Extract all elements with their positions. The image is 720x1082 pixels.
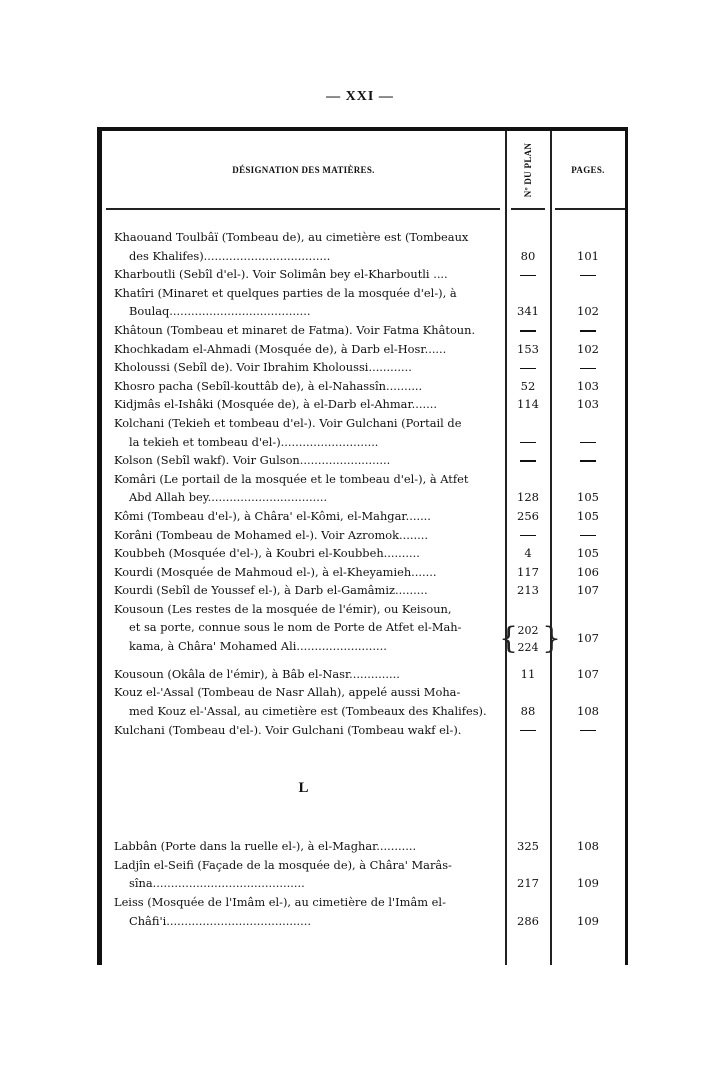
page-number-cell: 107 bbox=[551, 581, 625, 600]
page-number-cell bbox=[551, 451, 625, 470]
page-number-cell: 107 bbox=[551, 665, 625, 684]
table-row: Khaouand Toulbâï (Tombeau de), au cimeti… bbox=[102, 228, 625, 265]
page-number-cell bbox=[551, 433, 625, 452]
page-number-cell: 107 bbox=[551, 631, 625, 645]
plan-number: 213 bbox=[506, 581, 550, 600]
entry-text: Kômi (Tombeau d'el-), à Châra' el-Kômi, … bbox=[114, 507, 497, 526]
page-number-cell: 106 bbox=[551, 563, 625, 582]
table-row: Kolson (Sebîl wakf). Voir Gulson........… bbox=[102, 451, 625, 470]
page-number-cell: 102 bbox=[551, 302, 625, 321]
table-row: Kourdi (Mosquée de Mahmoud el-), à el-Kh… bbox=[102, 563, 625, 582]
plan-number: 217 bbox=[506, 874, 550, 893]
table-row: Khochkadam el-Ahmadi (Mosquée de), à Dar… bbox=[102, 340, 625, 359]
page-number: — XXI — bbox=[0, 89, 720, 105]
plan-number: 88 bbox=[506, 702, 550, 721]
page-number-cell bbox=[551, 526, 625, 545]
entry-text-continued: et sa porte, connue sous le nom de Porte… bbox=[114, 618, 497, 637]
page-number-cell: 109 bbox=[551, 912, 625, 931]
plan-number: 153 bbox=[506, 340, 550, 359]
plan-number: 117 bbox=[506, 563, 550, 582]
entry-text: Korâni (Tombeau de Mohamed el-). Voir Az… bbox=[114, 526, 497, 545]
table-row: Kidjmâs el-Ishâki (Mosquée de), à el-Dar… bbox=[102, 395, 625, 414]
dash-placeholder bbox=[580, 368, 596, 369]
page-number-cell: 105 bbox=[551, 488, 625, 507]
dash-placeholder bbox=[520, 330, 536, 331]
entry-text: Labbân (Porte dans la ruelle el-), à el-… bbox=[114, 837, 497, 856]
plan-number: 80 bbox=[506, 247, 550, 266]
section-letter: L bbox=[102, 739, 505, 837]
entry-text: Kousoun (Okâla de l'émir), à Bâb el-Nasr… bbox=[114, 665, 497, 684]
header-rule bbox=[106, 208, 500, 210]
table-row: Kousoun (Les restes de la mosquée de l'é… bbox=[102, 600, 625, 656]
plan-number: 52 bbox=[506, 377, 550, 396]
table-row: Korâni (Tombeau de Mohamed el-). Voir Az… bbox=[102, 526, 625, 545]
plan-number: 128 bbox=[506, 488, 550, 507]
dash-placeholder bbox=[580, 275, 596, 276]
dash-placeholder bbox=[520, 368, 536, 369]
entry-text: Leiss (Mosquée de l'Imâm el-), au cimeti… bbox=[114, 893, 497, 912]
page-number-cell: 108 bbox=[551, 702, 625, 721]
page-number-cell: 103 bbox=[551, 377, 625, 396]
header-pages: PAGES. bbox=[551, 131, 625, 209]
table-body: Khaouand Toulbâï (Tombeau de), au cimeti… bbox=[102, 228, 625, 930]
page-number-cell: 101 bbox=[551, 247, 625, 266]
entry-text-continued: sîna....................................… bbox=[114, 874, 497, 893]
table-row: Kourdi (Sebîl de Youssef el-), à Darb el… bbox=[102, 581, 625, 600]
table-row: Kômi (Tombeau d'el-), à Châra' el-Kômi, … bbox=[102, 507, 625, 526]
entry-text: Kholoussi (Sebîl de). Voir Ibrahim Kholo… bbox=[114, 358, 497, 377]
dash-placeholder bbox=[520, 460, 536, 461]
page-number-cell: 105 bbox=[551, 544, 625, 563]
plan-number: 114 bbox=[506, 395, 550, 414]
entry-text: Kourdi (Sebîl de Youssef el-), à Darb el… bbox=[114, 581, 497, 600]
plan-number bbox=[506, 358, 550, 377]
entry-text: Kolchani (Tekieh et tombeau d'el-). Voir… bbox=[114, 414, 497, 433]
plan-number: 325 bbox=[506, 837, 550, 856]
plan-number: 341 bbox=[506, 302, 550, 321]
entry-text: Kulchani (Tombeau d'el-). Voir Gulchani … bbox=[114, 721, 497, 740]
page-number-cell: 103 bbox=[551, 395, 625, 414]
page-number-cell: 102 bbox=[551, 340, 625, 359]
entry-text-continued: Châfi'i.................................… bbox=[114, 912, 497, 931]
header-plan-label: Nº DU PLAN bbox=[523, 143, 533, 197]
entry-text: Khochkadam el-Ahmadi (Mosquée de), à Dar… bbox=[114, 340, 497, 359]
entry-text-continued: med Kouz el-'Assal, au cimetière est (To… bbox=[114, 702, 497, 721]
entry-text: Khosro pacha (Sebîl-kouttâb de), à el-Na… bbox=[114, 377, 497, 396]
table-row: Kholoussi (Sebîl de). Voir Ibrahim Kholo… bbox=[102, 358, 625, 377]
header-designation: DÉSIGNATION DES MATIÈRES. bbox=[102, 131, 505, 209]
dash-placeholder bbox=[580, 330, 596, 331]
plan-number bbox=[506, 721, 550, 740]
table-row: Khâtoun (Tombeau et minaret de Fatma). V… bbox=[102, 321, 625, 340]
table-row: Labbân (Porte dans la ruelle el-), à el-… bbox=[102, 837, 625, 856]
page-number-cell: 105 bbox=[551, 507, 625, 526]
table-row: Khatîri (Minaret et quelques parties de … bbox=[102, 284, 625, 321]
dash-placeholder bbox=[580, 535, 596, 536]
entry-text-continued: des Khalifes)...........................… bbox=[114, 247, 497, 266]
entry-text: Kidjmâs el-Ishâki (Mosquée de), à el-Dar… bbox=[114, 395, 497, 414]
entry-text: Khatîri (Minaret et quelques parties de … bbox=[114, 284, 497, 303]
page-number-cell bbox=[551, 265, 625, 284]
plan-number: 11 bbox=[506, 665, 550, 684]
entry-text: Khaouand Toulbâï (Tombeau de), au cimeti… bbox=[114, 228, 497, 247]
entry-text-continued: Boulaq..................................… bbox=[114, 302, 497, 321]
plan-number bbox=[506, 526, 550, 545]
plan-number: 286 bbox=[506, 912, 550, 931]
page-number-cell bbox=[551, 721, 625, 740]
entry-text: Kousoun (Les restes de la mosquée de l'é… bbox=[114, 600, 497, 619]
header-plan-number: Nº DU PLAN bbox=[506, 131, 550, 209]
entry-text: Khâtoun (Tombeau et minaret de Fatma). V… bbox=[114, 321, 497, 340]
entry-text: Kouz el-'Assal (Tombeau de Nasr Allah), … bbox=[114, 683, 497, 702]
entry-text: Komâri (Le portail de la mosquée et le t… bbox=[114, 470, 497, 489]
index-table: DÉSIGNATION DES MATIÈRES. Nº DU PLAN PAG… bbox=[97, 127, 628, 965]
page-number-cell: 109 bbox=[551, 874, 625, 893]
plan-number bbox=[506, 265, 550, 284]
dash-placeholder bbox=[580, 730, 596, 731]
entry-text-continued: Abd Allah bey...........................… bbox=[114, 488, 497, 507]
plan-number bbox=[506, 433, 550, 452]
page-number-cell bbox=[551, 358, 625, 377]
dash-placeholder bbox=[520, 275, 536, 276]
dash-placeholder bbox=[580, 442, 596, 443]
table-row: Kulchani (Tombeau d'el-). Voir Gulchani … bbox=[102, 721, 625, 740]
page-number-cell bbox=[551, 321, 625, 340]
plan-number: 4 bbox=[506, 544, 550, 563]
plan-number: 256 bbox=[506, 507, 550, 526]
table-row: Khosro pacha (Sebîl-kouttâb de), à el-Na… bbox=[102, 377, 625, 396]
entry-text-continued: la tekieh et tombeau d'el-).............… bbox=[114, 433, 497, 452]
table-row: Kharboutli (Sebîl d'el-). Voir Solimân b… bbox=[102, 265, 625, 284]
page-number-cell: 108 bbox=[551, 837, 625, 856]
dash-placeholder bbox=[580, 460, 596, 461]
dash-placeholder bbox=[520, 442, 536, 443]
entry-text: Koubbeh (Mosquée d'el-), à Koubri el-Kou… bbox=[114, 544, 497, 563]
table-row: Leiss (Mosquée de l'Imâm el-), au cimeti… bbox=[102, 893, 625, 930]
entry-text: Kolson (Sebîl wakf). Voir Gulson........… bbox=[114, 451, 497, 470]
plan-number bbox=[506, 451, 550, 470]
table-row: Kolchani (Tekieh et tombeau d'el-). Voir… bbox=[102, 414, 625, 451]
table-row: Koubbeh (Mosquée d'el-), à Koubri el-Kou… bbox=[102, 544, 625, 563]
dash-placeholder bbox=[520, 535, 536, 536]
table-row: Komâri (Le portail de la mosquée et le t… bbox=[102, 470, 625, 507]
header-rule bbox=[511, 208, 545, 210]
table-row: Kouz el-'Assal (Tombeau de Nasr Allah), … bbox=[102, 683, 625, 720]
dash-placeholder bbox=[520, 730, 536, 731]
plan-number bbox=[506, 321, 550, 340]
table-row: Ladjîn el-Seifi (Façade de la mosquée de… bbox=[102, 856, 625, 893]
header-rule bbox=[555, 208, 625, 210]
entry-text: Kourdi (Mosquée de Mahmoud el-), à el-Kh… bbox=[114, 563, 497, 582]
entry-text-continued: kama, à Châra' Mohamed Ali..............… bbox=[114, 637, 497, 656]
entry-text: Kharboutli (Sebîl d'el-). Voir Solimân b… bbox=[114, 265, 497, 284]
entry-text: Ladjîn el-Seifi (Façade de la mosquée de… bbox=[114, 856, 497, 875]
table-row: Kousoun (Okâla de l'émir), à Bâb el-Nasr… bbox=[102, 665, 625, 684]
